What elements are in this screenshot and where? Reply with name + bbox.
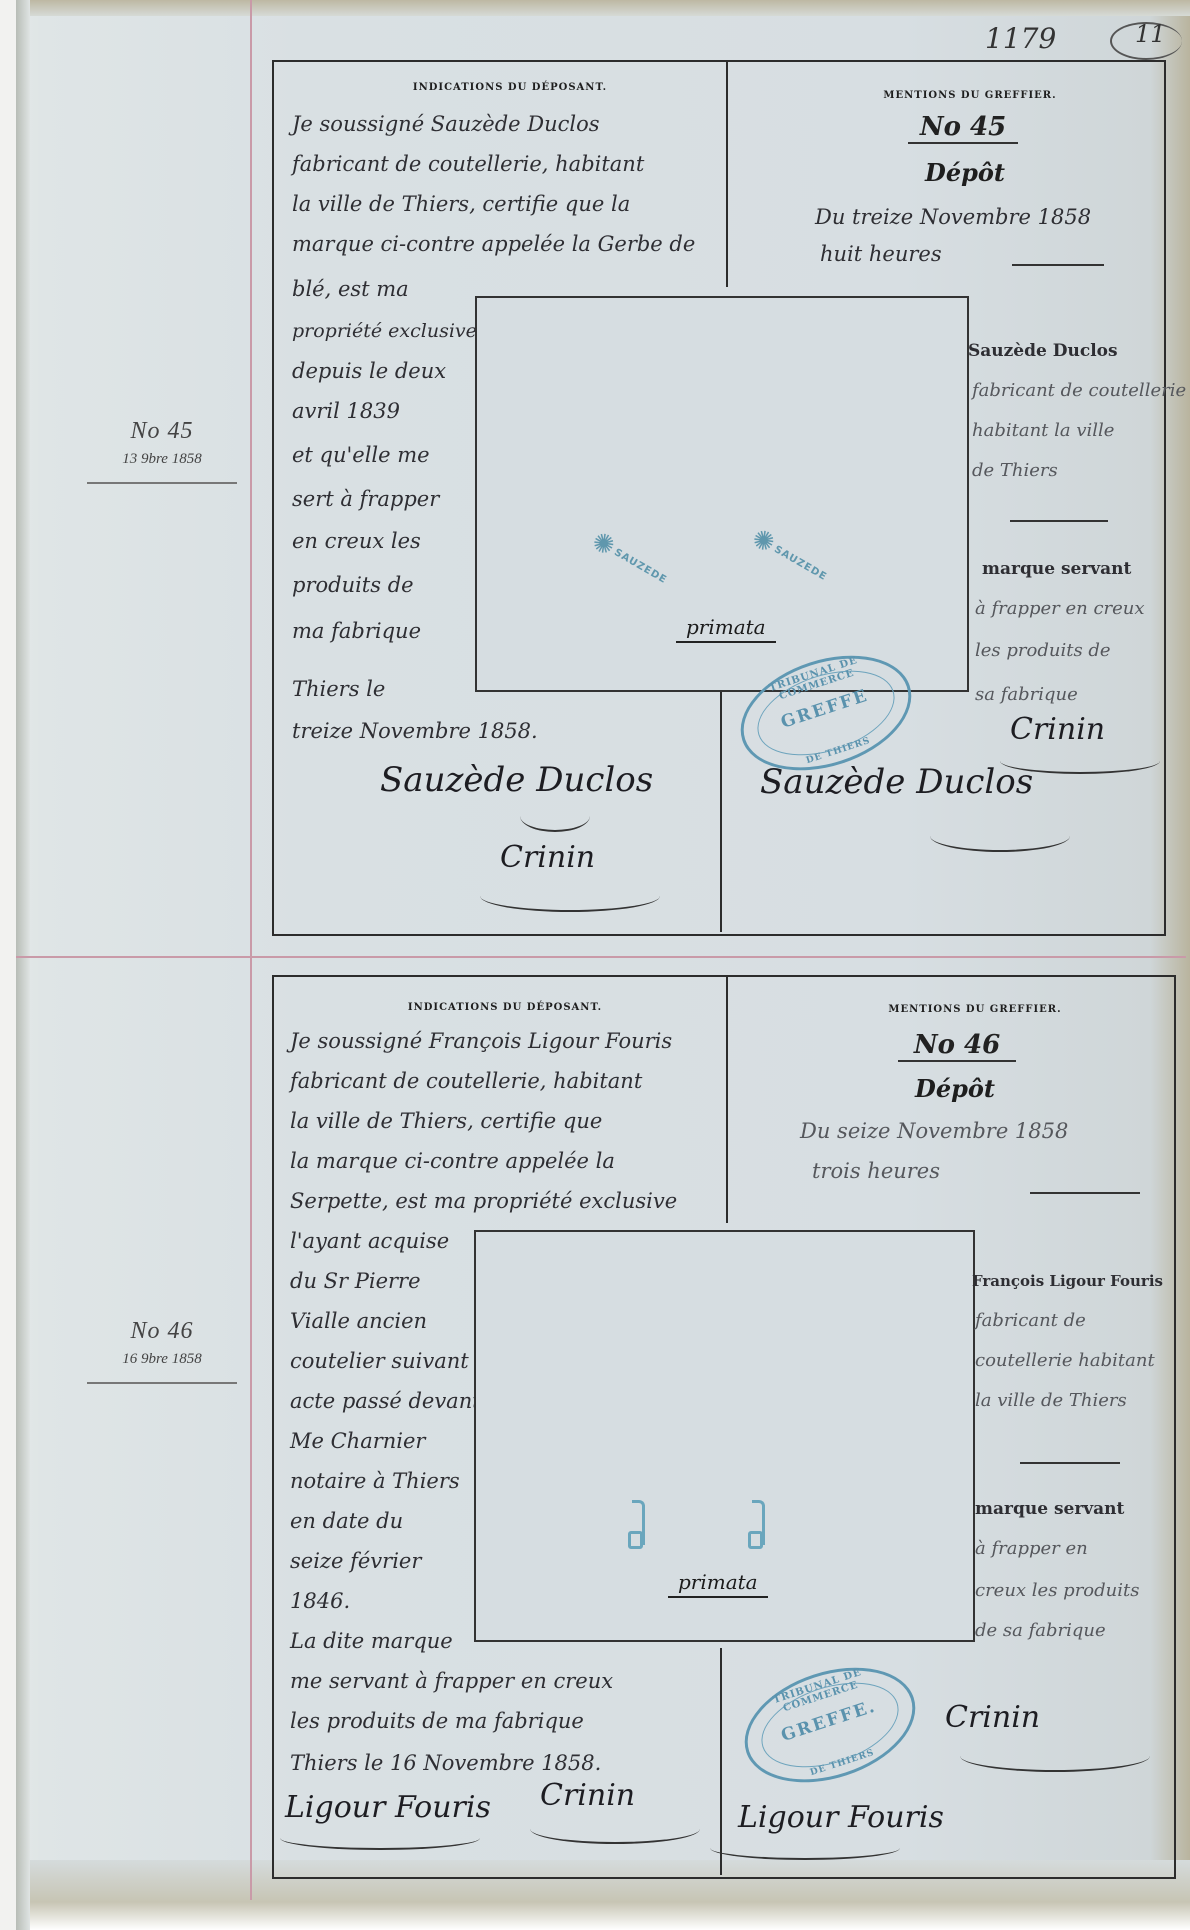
clerk-number: No 46	[898, 1030, 1016, 1062]
clerk-name-line: Sauzède Duclos	[968, 332, 1118, 370]
depositor-line: la marque ci-contre appelée la	[290, 1142, 615, 1180]
clerk-description-line: de Thiers	[972, 452, 1058, 490]
column-divider-top	[726, 977, 728, 1223]
margin-rule-horizontal	[16, 956, 1186, 958]
depositor-countersignature: Ligour Fouris	[738, 1800, 944, 1835]
depositor-line: Serpette, est ma propriété exclusive	[290, 1182, 677, 1220]
depositor-line: 1846.	[290, 1582, 350, 1620]
clerk-description-line: coutellerie habitant	[975, 1342, 1155, 1380]
depositor-line: sert à frapper	[292, 480, 439, 518]
depositor-line: seize février	[290, 1542, 421, 1580]
margin-date: 16 9bre 1858	[72, 1351, 252, 1368]
clerk-mark-line: de sa fabrique	[975, 1612, 1106, 1650]
depositor-line: treize Novembre 1858.	[292, 712, 538, 750]
depositor-line: La dite marque	[290, 1622, 453, 1660]
sample-caption: primata	[668, 1570, 768, 1598]
depositor-signature: Ligour Fouris	[285, 1790, 491, 1825]
rule	[1010, 520, 1108, 522]
column-divider-top	[726, 62, 728, 287]
margin-number: No 45	[72, 418, 252, 445]
depositor-line: Thiers le 16 Novembre 1858.	[290, 1744, 601, 1782]
clerk-description-line: fabricant de	[975, 1302, 1086, 1340]
margin-rule-vertical	[250, 0, 252, 1900]
signature-flourish	[520, 800, 590, 832]
depositor-line: en date du	[290, 1502, 403, 1540]
clerk-paraph: Crinin	[540, 1778, 635, 1813]
depositor-line: et qu'elle me	[292, 436, 430, 474]
depositor-line: acte passé devant	[290, 1382, 481, 1420]
depositor-line: la ville de Thiers, certifie que	[290, 1102, 602, 1140]
page-number: 11	[1135, 20, 1166, 48]
clerk-title: Dépôt	[900, 158, 1030, 187]
depositor-line: fabricant de coutellerie, habitant	[292, 145, 644, 183]
depositor-heading: INDICATIONS DU DÉPOSANT.	[290, 1002, 720, 1013]
clerk-date-line: Du treize Novembre 1858	[815, 198, 1091, 236]
clerk-mark-line: creux les produits	[975, 1572, 1139, 1610]
sample-caption: primata	[676, 615, 776, 643]
margin-entry-46: No 46 16 9bre 1858	[72, 1318, 252, 1384]
binding-shadow	[16, 0, 30, 1930]
depositor-line: propriété exclusive	[292, 312, 477, 350]
depositor-line: Je soussigné Sauzède Duclos	[292, 105, 600, 143]
clerk-number: No 45	[908, 112, 1018, 144]
clerk-date-line: Du seize Novembre 1858	[800, 1112, 1068, 1150]
clerk-description-line: fabricant de coutellerie	[972, 372, 1186, 410]
clerk-mark-line: sa fabrique	[975, 676, 1078, 714]
depositor-line: notaire à Thiers	[290, 1462, 460, 1500]
margin-number: No 46	[72, 1318, 252, 1345]
folio-reference: 1179	[985, 22, 1056, 55]
column-divider-bottom	[720, 690, 722, 932]
clerk-heading: MENTIONS DU GREFFIER.	[780, 90, 1160, 101]
rule	[1020, 1462, 1120, 1464]
depositor-line: blé, est ma	[292, 270, 409, 308]
depositor-line: produits de	[292, 566, 414, 604]
depositor-line: me servant à frapper en creux	[290, 1662, 613, 1700]
depositor-line: la ville de Thiers, certifie que la	[292, 185, 630, 223]
depositor-signature: Sauzède Duclos	[380, 760, 653, 800]
depositor-heading: INDICATIONS DU DÉPOSANT.	[300, 82, 720, 93]
paraph-flourish	[960, 1740, 1150, 1772]
clerk-mark-line: à frapper en creux	[975, 590, 1145, 628]
clerk-title: Dépôt	[890, 1074, 1020, 1103]
depositor-line: en creux les	[292, 522, 421, 560]
serpette-mark-impression	[752, 1500, 765, 1545]
depositor-line: ma fabrique	[292, 612, 421, 650]
clerk-mark-line: à frapper en	[975, 1530, 1088, 1568]
margin-rule	[87, 482, 237, 484]
depositor-line: marque ci-contre appelée la Gerbe de	[292, 225, 695, 263]
depositor-line: Vialle ancien	[290, 1302, 427, 1340]
depositor-line: l'ayant acquise	[290, 1222, 449, 1260]
depositor-line: Thiers le	[292, 670, 385, 708]
margin-rule	[87, 1382, 237, 1384]
depositor-line: les produits de ma fabrique	[290, 1702, 584, 1740]
clerk-paraph: Crinin	[1010, 712, 1105, 747]
clerk-description-line: la ville de Thiers	[975, 1382, 1127, 1420]
clerk-heading: MENTIONS DU GREFFIER.	[780, 1004, 1170, 1015]
page-top-edge	[0, 0, 1190, 16]
signature-flourish	[280, 1826, 480, 1850]
binding-gutter	[0, 0, 16, 1930]
register-page: 1179 11 No 45 13 9bre 1858 INDICATIONS D…	[0, 0, 1190, 1930]
clerk-date-line: huit heures	[820, 235, 942, 273]
depositor-line: avril 1839	[292, 392, 400, 430]
clerk-mark-line: les produits de	[975, 632, 1111, 670]
depositor-line: depuis le deux	[292, 352, 446, 390]
serpette-mark-impression	[632, 1500, 645, 1545]
clerk-description-line: habitant la ville	[972, 412, 1114, 450]
depositor-line: Je soussigné François Ligour Fouris	[290, 1022, 672, 1060]
clerk-mark-line: marque servant	[982, 550, 1131, 588]
rule	[1012, 264, 1104, 266]
signature-flourish	[930, 820, 1070, 852]
margin-entry-45: No 45 13 9bre 1858	[72, 418, 252, 484]
depositor-line: Me Charnier	[290, 1422, 425, 1460]
paraph-flourish	[530, 1814, 700, 1844]
rule	[1030, 1192, 1140, 1194]
clerk-name-line: François Ligour Fouris	[972, 1262, 1163, 1300]
depositor-line: du Sr Pierre	[290, 1262, 421, 1300]
clerk-paraph: Crinin	[500, 840, 595, 875]
signature-flourish	[710, 1836, 900, 1860]
clerk-paraph: Crinin	[945, 1700, 1040, 1735]
depositor-line: fabricant de coutellerie, habitant	[290, 1062, 642, 1100]
depositor-line: coutelier suivant	[290, 1342, 469, 1380]
margin-date: 13 9bre 1858	[72, 451, 252, 468]
clerk-mark-line: marque servant	[975, 1490, 1124, 1528]
paraph-flourish	[480, 880, 660, 912]
clerk-date-line: trois heures	[812, 1152, 940, 1190]
